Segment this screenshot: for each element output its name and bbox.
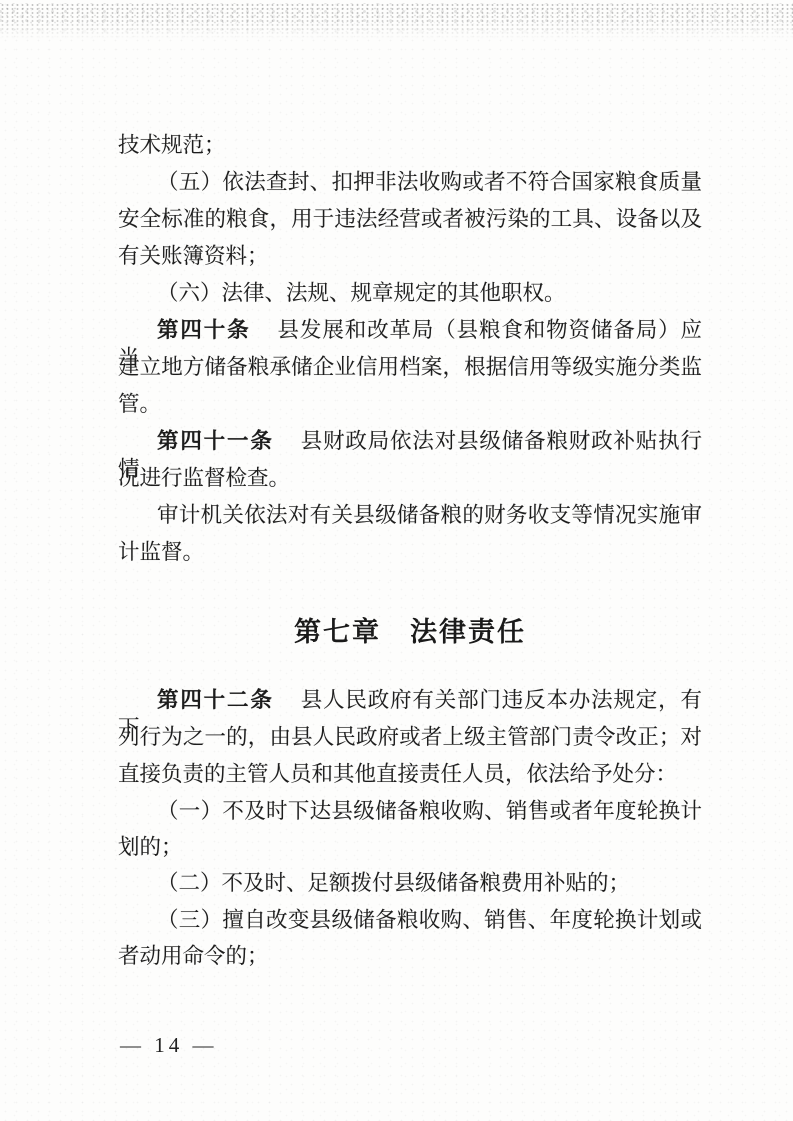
page-number: — 14 — [120, 1033, 218, 1058]
text-line: 有关账簿资料； [118, 242, 702, 272]
text-line: 划的； [118, 833, 702, 863]
article-number: 第四十二条 [157, 688, 274, 712]
article-number: 第四十一条 [157, 429, 274, 453]
scanned-document-page: 技术规范； （五）依法查封、扣押非法收购或者不符合国家粮食质量 安全标准的粮食，… [0, 0, 793, 1121]
text-line: 直接负责的主管人员和其他直接责任人员，依法给予处分： [118, 760, 702, 790]
text-line: 管。 [118, 390, 702, 420]
text-line: （一）不及时下达县级储备粮收购、销售或者年度轮换计 [118, 797, 702, 827]
text-line: 者动用命令的； [118, 942, 702, 972]
article-number: 第四十条 [157, 318, 251, 342]
text-line: 审计机关依法对有关县级储备粮的财务收支等情况实施审 [118, 501, 702, 531]
text-line-article-41: 第四十一条县财政局依法对县级储备粮财政补贴执行情 [118, 427, 702, 457]
text-line: （三）擅自改变县级储备粮收购、销售、年度轮换计划或 [118, 906, 702, 936]
text-line: 列行为之一的，由县人民政府或者上级主管部门责令改正；对 [118, 723, 702, 753]
text-line-article-42: 第四十二条县人民政府有关部门违反本办法规定，有下 [118, 686, 702, 716]
text-line: （二）不及时、足额拨付县级储备粮费用补贴的； [118, 869, 702, 899]
chapter-heading: 第七章 法律责任 [118, 610, 702, 649]
text-line-article-40: 第四十条县发展和改革局（县粮食和物资储备局）应当 [118, 316, 702, 346]
text-line: 况进行监督检查。 [118, 464, 702, 494]
scan-artifact-band [0, 3, 793, 39]
text-line: 计监督。 [118, 538, 702, 568]
text-line: 安全标准的粮食，用于违法经营或者被污染的工具、设备以及 [118, 205, 702, 235]
text-line: （五）依法查封、扣押非法收购或者不符合国家粮食质量 [118, 168, 702, 198]
text-line: 建立地方储备粮承储企业信用档案，根据信用等级实施分类监 [118, 353, 702, 383]
text-line: （六）法律、法规、规章规定的其他职权。 [118, 279, 702, 309]
text-line: 技术规范； [118, 131, 702, 161]
